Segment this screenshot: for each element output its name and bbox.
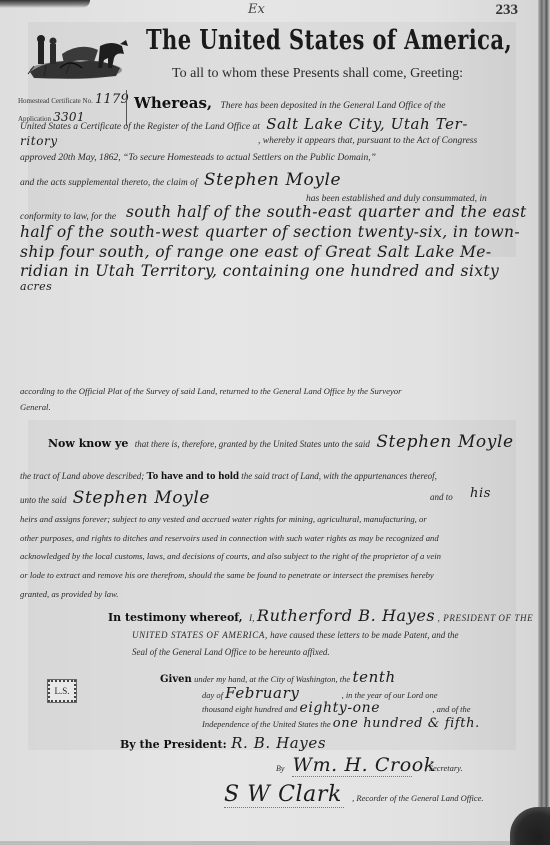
condition-line-5: granted, as provided by law.: [20, 589, 118, 599]
survey-line-2: General.: [20, 402, 51, 412]
claimant-name: Stephen Moyle: [204, 170, 341, 190]
secretary-signature: Wm. H. Crook: [292, 754, 412, 777]
preamble-line-2: United States a Certificate of the Regis…: [20, 115, 468, 133]
now-know-ye-heading: Now know ye: [48, 437, 128, 450]
scan-edge-shadow: [0, 0, 90, 8]
condition-line-1: heirs and assigns forever; subject to an…: [20, 514, 427, 524]
grantee-name-2: Stephen Moyle: [73, 488, 210, 508]
preamble-line-7: conformity to law, for the: [20, 212, 116, 222]
land-description-line-2: half of the south-west quarter of sectio…: [20, 223, 520, 241]
secretary-line: By Wm. H. Crook , Secretary.: [276, 754, 463, 777]
whereas-heading: Whereas,: [134, 94, 212, 112]
greeting: To all to whom these Presents shall come…: [172, 66, 463, 82]
president-name: Rutherford B. Hayes: [257, 606, 435, 625]
seal-ls: L.S.: [48, 680, 76, 702]
condition-line-4: or lode to extract and remove his ore th…: [20, 570, 434, 580]
homestead-certificate-label: Homestead Certificate No.: [18, 97, 93, 105]
engraving-vignette-icon: [20, 28, 132, 82]
document-title: The United States of America,: [146, 25, 512, 56]
by-the-president-label: By the President:: [120, 738, 227, 751]
testimony-heading: In testimony whereof,: [108, 611, 243, 624]
given-heading: Given: [160, 674, 192, 685]
testimony-line-2: UNITED STATES OF AMERICA, have caused th…: [132, 630, 459, 640]
scan-bottom-edge: [0, 841, 538, 845]
grant-line-1: Now know ye that there is, therefore, gr…: [48, 432, 514, 452]
land-description-line-4: ridian in Utah Territory, containing one…: [20, 262, 499, 280]
president-signature: R. B. Hayes: [231, 734, 326, 752]
testimony-line-3: Seal of the General Land Office to be he…: [132, 647, 330, 657]
document-page: Ex 233 The United States of America, To …: [0, 0, 538, 845]
given-year: eighty-one: [299, 700, 380, 716]
testimony-line-1: In testimony whereof, I, Rutherford B. H…: [108, 606, 533, 625]
land-description-line-5: acres: [20, 280, 52, 293]
land-description-line-3: ship four south, of range one east of Gr…: [20, 243, 492, 261]
page-number: 233: [496, 2, 519, 19]
recorder-line: S W Clark , Recorder of the General Land…: [224, 782, 484, 808]
land-office-location: Salt Lake City, Utah Ter-: [266, 115, 468, 133]
preamble-line-4-act: approved 20th May, 1862, “To secure Home…: [20, 152, 376, 163]
recorder-signature: S W Clark: [224, 782, 344, 808]
homestead-certificate-line: Homestead Certificate No. 1179: [18, 92, 129, 110]
by-the-president-line: By the President: R. B. Hayes: [120, 734, 326, 752]
annotation-mark: Ex: [248, 2, 265, 17]
grant-line-2: the tract of Land above described; To ha…: [20, 470, 437, 482]
preamble-line-1: Whereas, There has been deposited in the…: [134, 94, 445, 112]
condition-line-3: acknowledged by the local customs, laws,…: [20, 551, 441, 561]
survey-line-1: according to the Official Plat of the Su…: [20, 386, 402, 396]
given-line-3: thousand eight hundred and eighty-one , …: [202, 700, 471, 716]
book-spine-edge: [538, 0, 550, 845]
land-description-line-1: south half of the south-east quarter and…: [126, 203, 527, 221]
independence-year: one hundred & fifth.: [333, 716, 480, 731]
preamble-line-3: ritory , whereby it appears that, pursua…: [20, 134, 520, 148]
grant-line-3: unto the said Stephen Moyle and to his: [20, 488, 500, 508]
condition-line-2: other purposes, and rights to ditches an…: [20, 533, 439, 543]
habendum-clause: To have and to hold: [146, 470, 239, 482]
given-line-4: Independence of the United States the on…: [202, 716, 480, 731]
grantee-name: Stephen Moyle: [376, 432, 513, 452]
preamble-line-5: and the acts supplemental thereto, the c…: [20, 170, 341, 190]
